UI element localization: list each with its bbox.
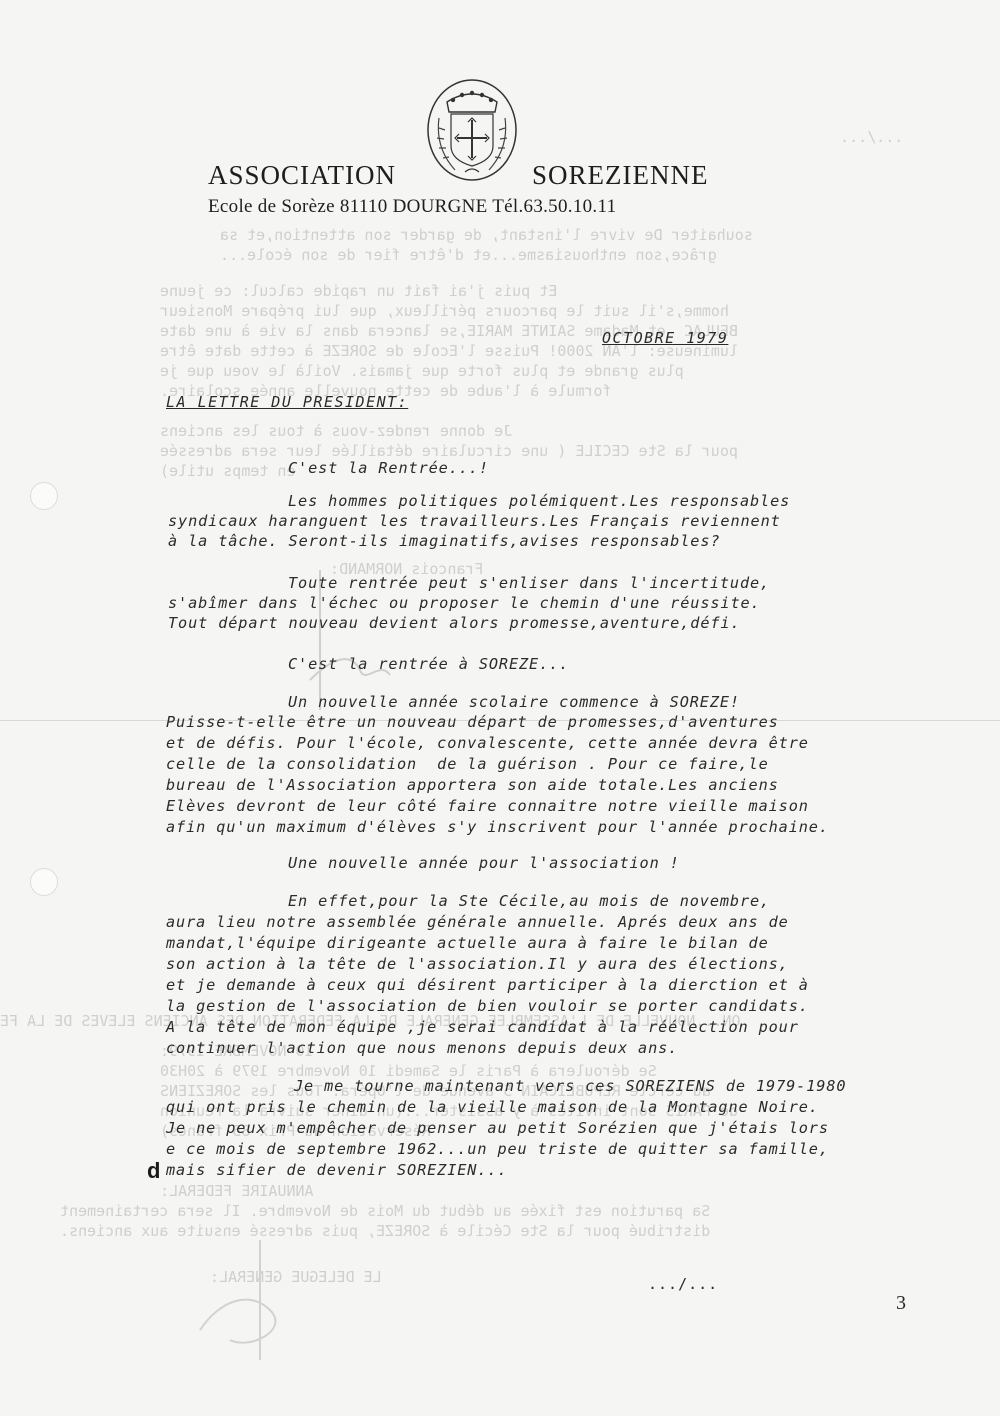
faint-signature-mark [190, 1230, 320, 1370]
bleed-through-text: homme,s'il suit le parcours périlleux, q… [160, 302, 729, 320]
body-line: afin qu'un maximum d'élèves s'y inscrive… [166, 818, 829, 836]
bleed-through-text: pour la Ste CECILE ( une circulaire déta… [160, 442, 738, 460]
body-line: Un nouvelle année scolaire commence à SO… [288, 693, 740, 711]
body-line: et de défis. Pour l'école, convalescente… [166, 734, 809, 752]
bleed-through-text: en temps utile) [160, 462, 295, 480]
bleed-through-text: Et puis j'ai fait un rapide calcul: ce j… [160, 282, 630, 300]
bleed-through-text: grâce,son enthousiasme...et d'être fier … [220, 246, 717, 264]
body-line: bureau de l'Association apportera son ai… [166, 776, 779, 794]
body-line: à la tâche. Seront-ils imaginatifs,avise… [168, 532, 720, 550]
bleed-through-text: Sa parution est fixée au début du Mois d… [60, 1202, 710, 1220]
section-title: C'est la rentrée à SOREZE... [288, 655, 569, 673]
bleed-through-text: ANNUAIRE FEDERAL: [160, 1182, 314, 1200]
coat-of-arms-crest-icon [425, 78, 519, 182]
body-line: aura lieu notre assemblée générale annue… [166, 913, 789, 931]
body-line: Puisse-t-elle être un nouveau départ de … [166, 713, 779, 731]
body-line: la gestion de l'association de bien voul… [166, 997, 809, 1015]
organization-name-right: SOREZIENNE [532, 160, 708, 191]
body-line: syndicaux haranguent les travailleurs.Le… [168, 512, 781, 530]
body-line: qui ont pris le chemin de la vieille mai… [166, 1098, 819, 1116]
body-line: e ce mois de septembre 1962...un peu tri… [166, 1140, 829, 1158]
section-title: Une nouvelle année pour l'association ! [288, 854, 680, 872]
bleed-through-text: souhaiter De vivre l'instant, de garder … [220, 226, 753, 244]
organization-name-left: ASSOCIATION [208, 160, 396, 191]
scanned-letter-page: .../... souhaiter De vivre l'instant, de… [0, 0, 1000, 1416]
section-title: C'est la Rentrée...! [288, 459, 489, 477]
bleed-through-text: distribué pour la Ste Cécile à SOREZE, p… [60, 1222, 710, 1240]
body-line: et je demande à ceux qui désirent partic… [166, 976, 809, 994]
bleed-through-text: Je donne rendez-vous à tous les anciens [160, 422, 584, 440]
body-line: A la tête de mon équipe ,je serai candid… [166, 1018, 799, 1036]
page-number: 3 [896, 1292, 906, 1315]
letter-heading: LA LETTRE DU PRESIDENT: [166, 393, 408, 411]
body-line: Toute rentrée peut s'enliser dans l'ince… [288, 574, 770, 592]
body-line: Je me tourne maintenant vers ces SOREZIE… [294, 1077, 846, 1095]
body-line: mais sifier de devenir SOREZIEN... [166, 1161, 507, 1179]
continuation-mark: .../... [648, 1275, 718, 1293]
body-line: continuer l'action que nous menons depui… [166, 1039, 678, 1057]
bleed-through-text: .../... [840, 128, 903, 146]
body-line: celle de la consolidation de la guérison… [166, 755, 769, 773]
letter-date: OCTOBRE 1979 [602, 329, 728, 347]
bleed-through-text: plus grande et plus forte que jamais. Vo… [160, 362, 684, 380]
body-line: s'abîmer dans l'échec ou proposer le che… [168, 594, 761, 612]
punch-hole [30, 868, 58, 896]
body-line: En effet,pour la Ste Cécile,au mois de n… [288, 892, 770, 910]
body-line: Tout départ nouveau devient alors promes… [168, 614, 741, 632]
letterhead-address: Ecole de Sorèze 81110 DOURGNE Tél.63.50.… [208, 196, 616, 218]
body-line: Les hommes politiques polémiquent.Les re… [288, 492, 790, 510]
handwritten-margin-mark: d [147, 1158, 160, 1184]
body-line: mandat,l'équipe dirigeante actuelle aura… [166, 934, 769, 952]
body-line: Elèves devront de leur côté faire connai… [166, 797, 809, 815]
body-line: son action à la tête de l'association.Il… [166, 955, 789, 973]
body-line: Je ne peux m'empêcher de penser au petit… [166, 1119, 829, 1137]
punch-hole [30, 482, 58, 510]
